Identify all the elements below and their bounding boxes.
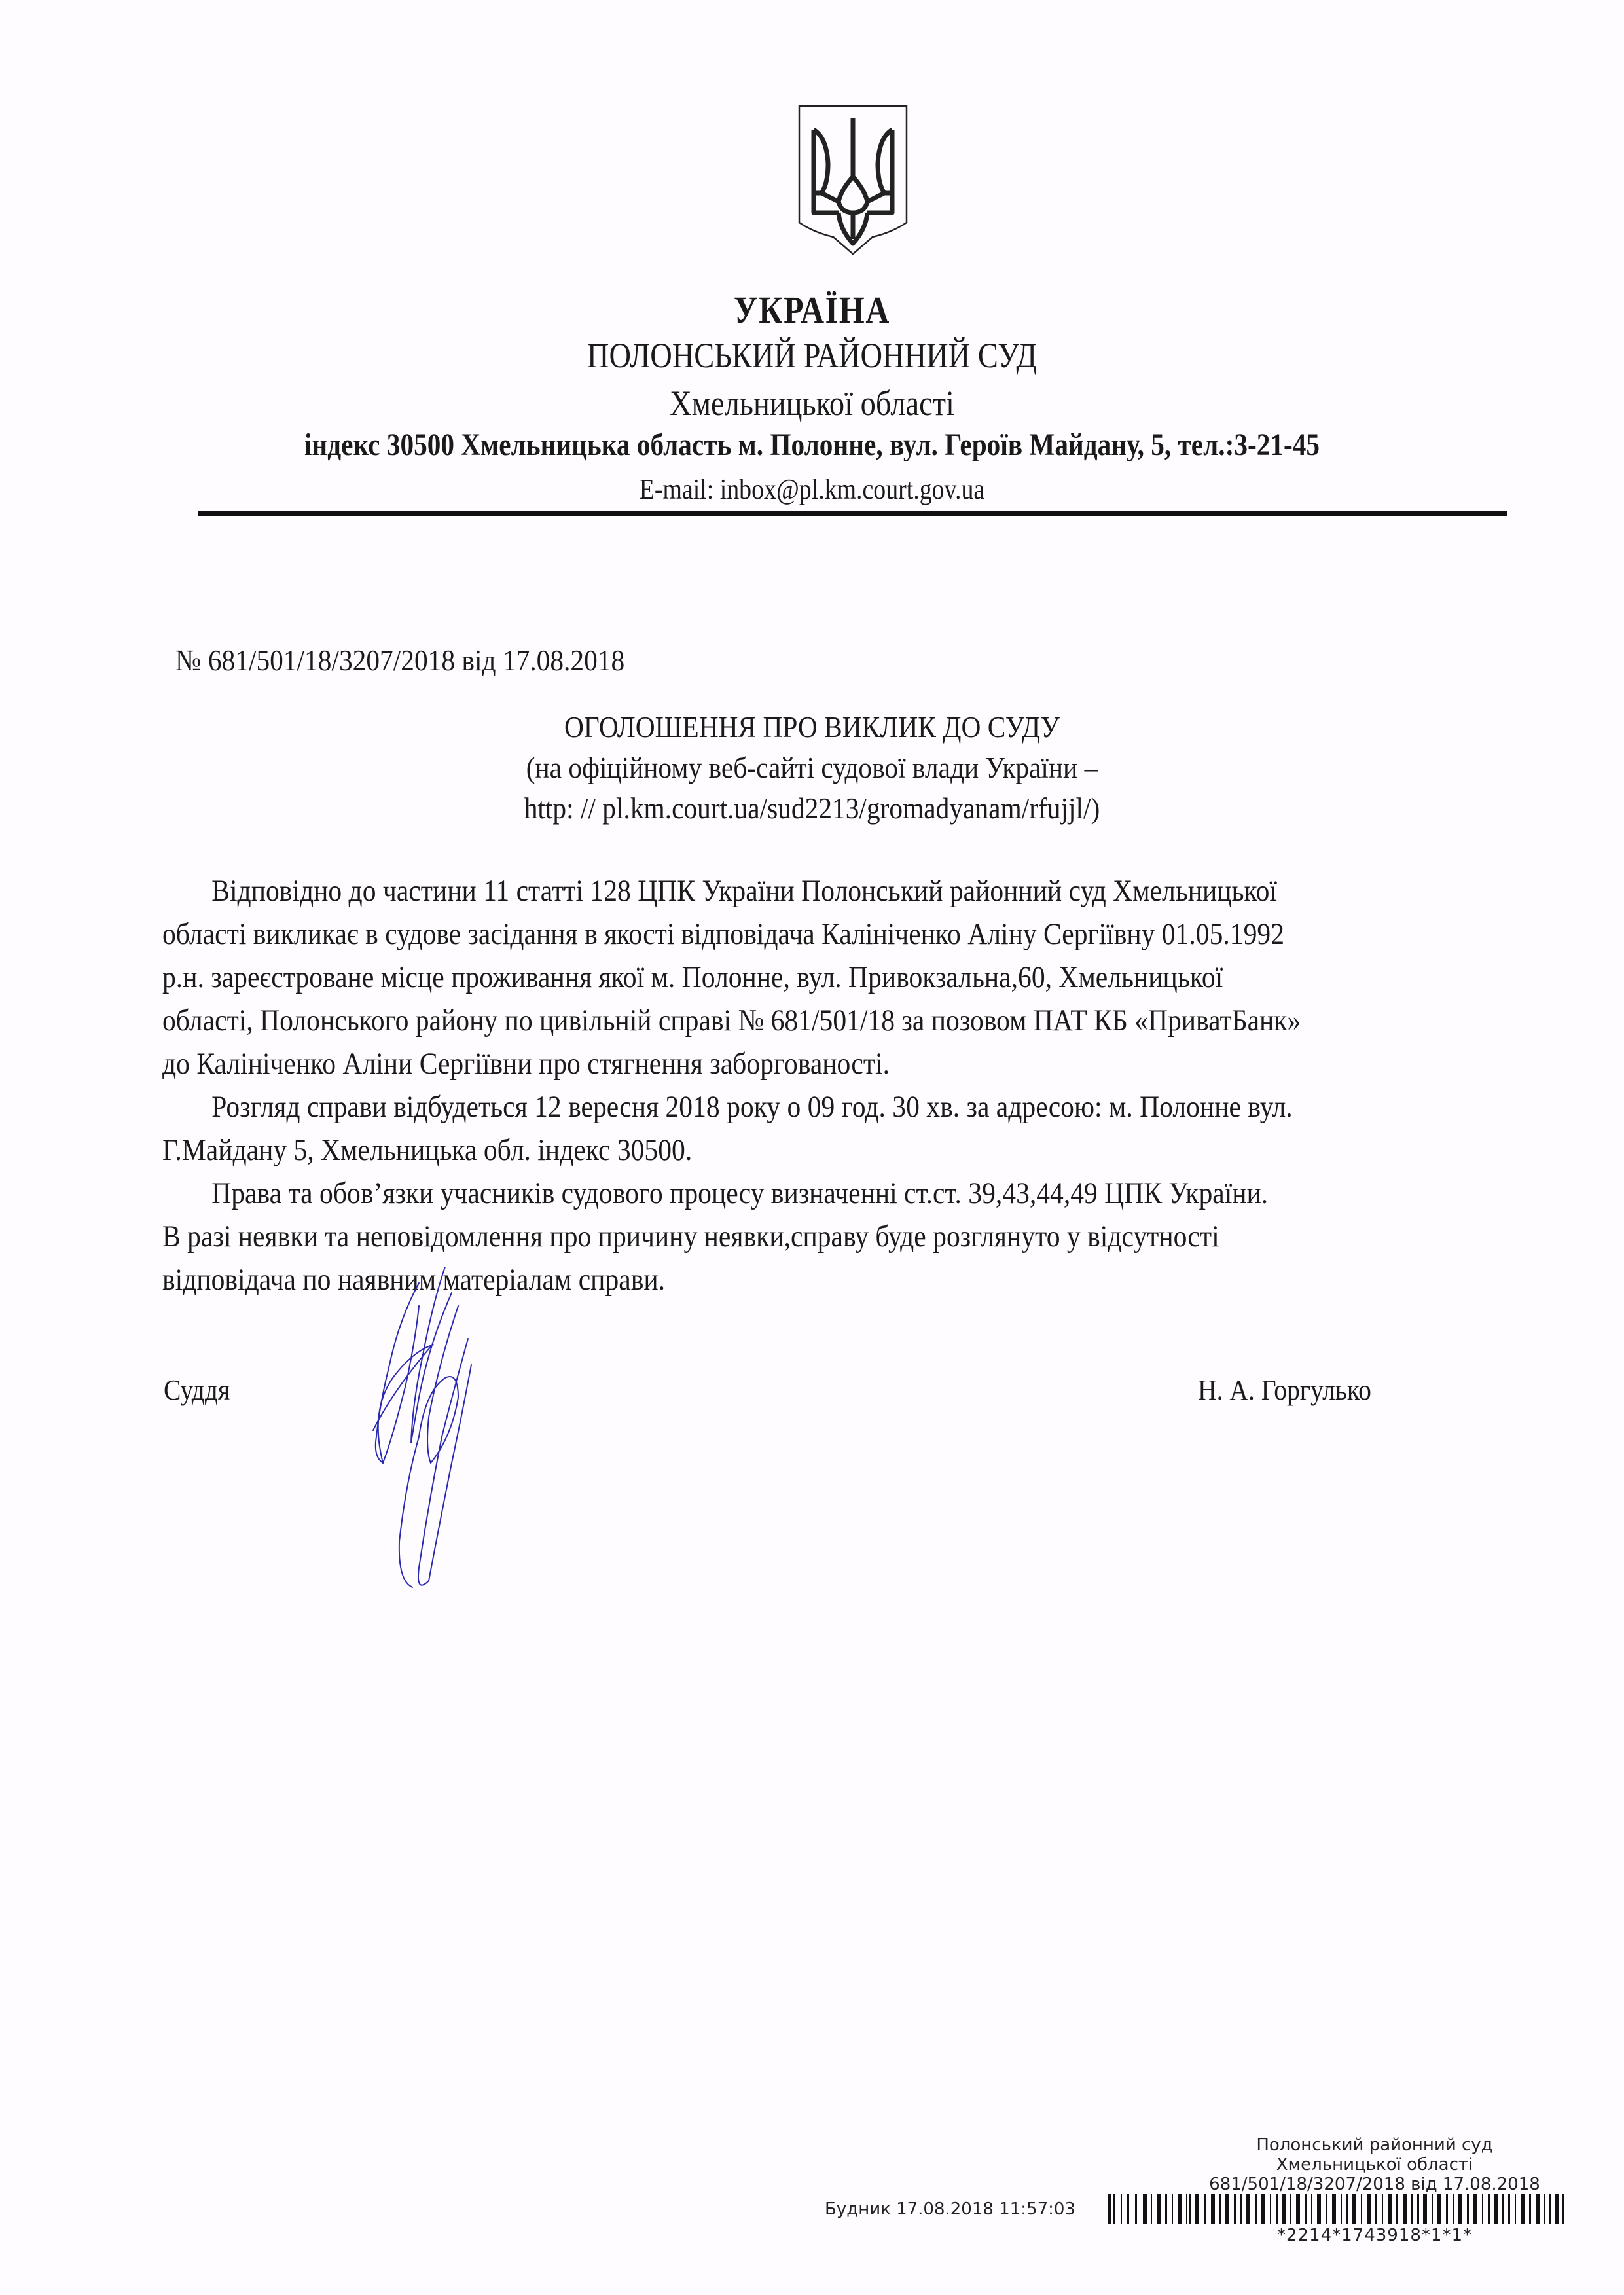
header-divider (198, 511, 1507, 516)
header-region: Хмельницької області (114, 383, 1511, 424)
body-line: області викликає в судове засідання в як… (162, 913, 1362, 956)
stamp-reference: 681/501/18/3207/2018 від 17.08.2018 (1113, 2175, 1624, 2194)
body-line: В разі неявки та неповідомлення про прич… (162, 1215, 1362, 1258)
body-line: Розгляд справи відбудеться 12 вересня 20… (162, 1085, 1362, 1129)
barcode-icon (1108, 2194, 1566, 2224)
body-line: області, Полонського району по цивільній… (162, 999, 1362, 1042)
document-page: УКРАЇНА ПОЛОНСЬКИЙ РАЙОННИЙ СУД Хмельниц… (0, 0, 1624, 2295)
document-number: № 681/501/18/3207/2018 від 17.08.2018 (175, 643, 624, 678)
body-line: відповідача по наявним матеріалам справи… (162, 1258, 1362, 1301)
handwritten-signature (353, 1267, 511, 1607)
body-line: Права та обов’язки учасників судового пр… (162, 1172, 1362, 1215)
header-email: E-mail: inbox@pl.km.court.gov.ua (114, 473, 1511, 506)
barcode-number: *2214*1743918*1*1* (1178, 2226, 1571, 2245)
header-court-name: ПОЛОНСЬКИЙ РАЙОННИЙ СУД (114, 335, 1511, 376)
stamp-region: Хмельницької області (1178, 2155, 1571, 2175)
body-line: р.н. зареєстроване місце проживання якої… (162, 956, 1362, 999)
document-subtitle-line-1: (на офіційному веб-сайті судової влади У… (81, 748, 1543, 788)
body-line: Відповідно до частини 11 статті 128 ЦПК … (162, 869, 1362, 913)
header-address: індекс 30500 Хмельницька область м. Поло… (114, 427, 1511, 463)
judge-name: Н. А. Горгулько (1198, 1373, 1371, 1407)
document-body: Відповідно до частини 11 статті 128 ЦПК … (162, 869, 1517, 1301)
stamp-court: Полонський районний суд (1178, 2135, 1571, 2155)
document-title-block: ОГОЛОШЕННЯ ПРО ВИКЛИК ДО СУДУ (на офіцій… (81, 707, 1543, 829)
signature-role: Суддя (164, 1373, 230, 1407)
ukraine-coat-of-arms-icon (794, 98, 912, 262)
stamp-operator-timestamp: Будник 17.08.2018 11:57:03 (825, 2199, 1075, 2219)
body-line: до Калініченко Аліни Сергіївни про стягн… (162, 1042, 1362, 1085)
document-title: ОГОЛОШЕННЯ ПРО ВИКЛИК ДО СУДУ (81, 707, 1543, 748)
body-line: Г.Майдану 5, Хмельницька обл. індекс 305… (162, 1129, 1362, 1172)
header-country: УКРАЇНА (114, 288, 1511, 332)
document-subtitle-line-2: http: // pl.km.court.ua/sud2213/gromadya… (81, 788, 1543, 829)
